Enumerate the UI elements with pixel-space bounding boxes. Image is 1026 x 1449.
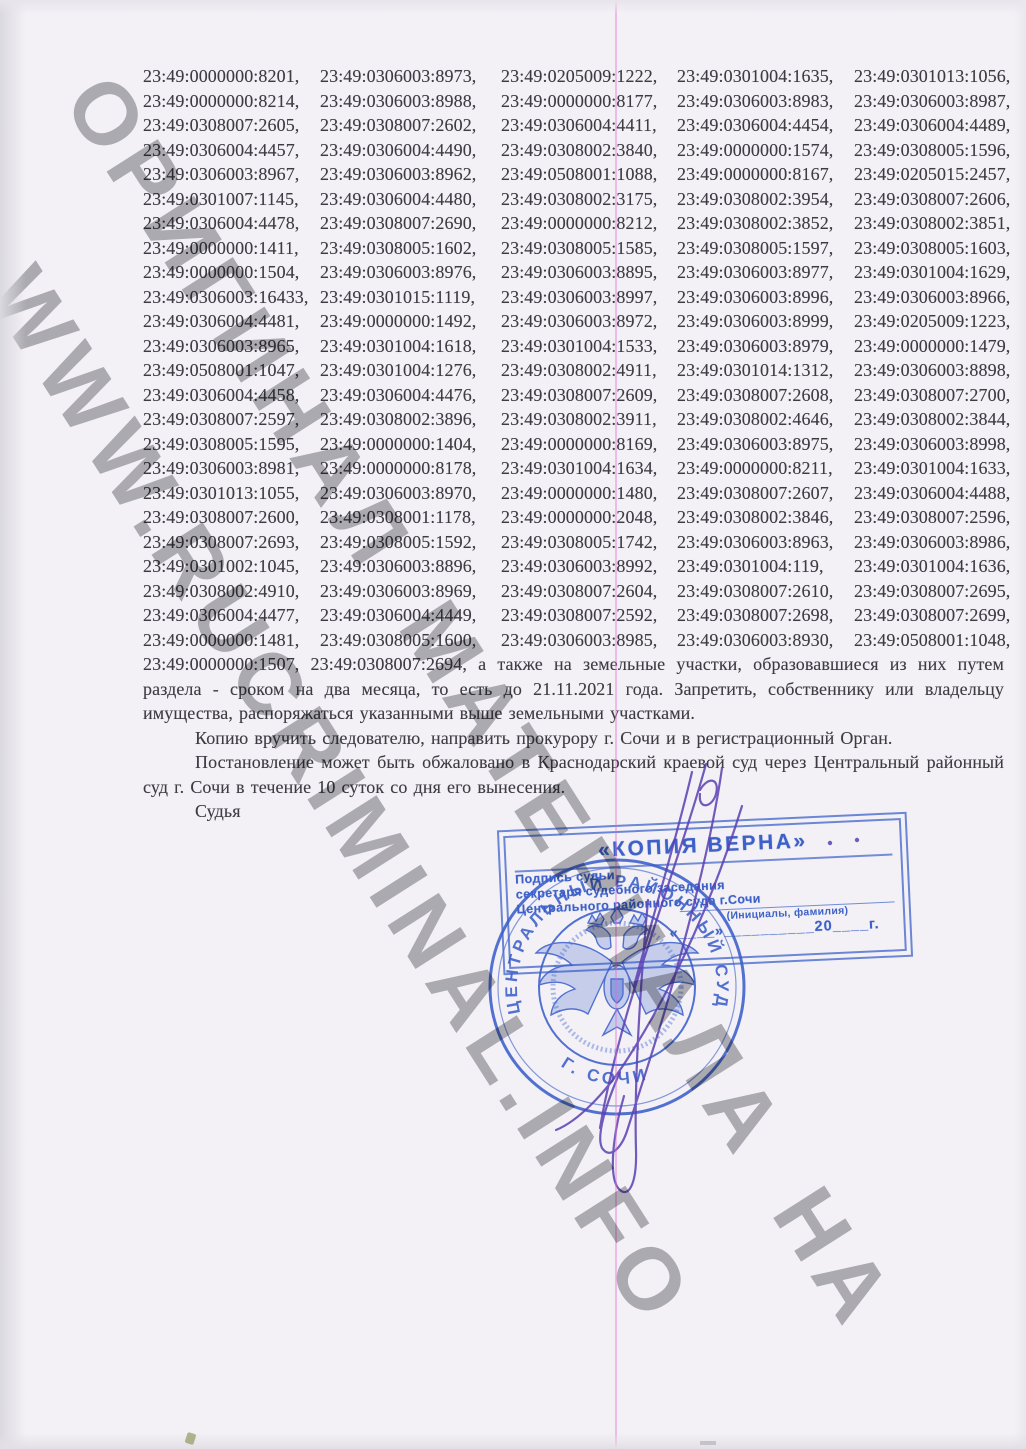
cadastral-number: 23:49:0508001:1047, — [143, 358, 320, 383]
stamp-inner-frame: «КОПИЯ ВЕРНА» Подпись судьи секретаря су… — [503, 818, 907, 969]
cadastral-number: 23:49:0306003:8987, — [854, 89, 1010, 114]
cadastral-number: 23:49:0306003:8983, — [677, 89, 854, 114]
cadastral-number: 23:49:0301013:1056, — [854, 64, 1010, 89]
cadastral-number: 23:49:0308007:2604, — [501, 579, 677, 604]
cadastral-number: 23:49:0508001:1048, — [854, 628, 1010, 653]
cadastral-number: 23:49:0306003:8962, — [320, 162, 501, 187]
cadastral-row: 23:49:0306004:4458,23:49:0306004:4476,23… — [143, 383, 1004, 408]
cadastral-row: 23:49:0306004:4457,23:49:0306004:4490,23… — [143, 138, 1004, 163]
stamp-date-year: 20 — [814, 918, 833, 935]
cadastral-number: 23:49:0000000:1492, — [320, 309, 501, 334]
cadastral-number: 23:49:0301004:1635, — [677, 64, 854, 89]
cadastral-row: 23:49:0000000:1481,23:49:0308005:1600,23… — [143, 628, 1004, 653]
cadastral-number: 23:49:0000000:8167, — [677, 162, 854, 187]
scan-edge-bottom — [0, 1433, 1026, 1449]
scanned-court-document-page: 23:49:0000000:8201,23:49:0306003:8973,23… — [0, 0, 1026, 1449]
stamp-date-tail: ____ — [832, 917, 869, 935]
cadastral-number: 23:49:0000000:2048, — [501, 505, 677, 530]
cadastral-number: 23:49:0306004:4477, — [143, 603, 320, 628]
cadastral-row: 23:49:0306004:4478,23:49:0308007:2690,23… — [143, 211, 1004, 236]
cadastral-number: 23:49:0308002:4910, — [143, 579, 320, 604]
cadastral-number: 23:49:0000000:1480, — [501, 481, 677, 506]
cadastral-number: 23:49:0306003:8898, — [854, 358, 1010, 383]
cadastral-number: 23:49:0308002:3954, — [677, 187, 854, 212]
cadastral-number: 23:49:0306003:8992, — [501, 554, 677, 579]
cadastral-number: 23:49:0308007:2698, — [677, 603, 854, 628]
cadastral-number: 23:49:0306003:8896, — [320, 554, 501, 579]
document-body: 23:49:0000000:8201,23:49:0306003:8973,23… — [143, 64, 1004, 824]
cadastral-row: 23:49:0000000:8214,23:49:0306003:8988,23… — [143, 89, 1004, 114]
cadastral-number: 23:49:0306004:4488, — [854, 481, 1010, 506]
cadastral-number: 23:49:0000000:8178, — [320, 456, 501, 481]
cadastral-number: 23:49:0308007:2606, — [854, 187, 1010, 212]
cadastral-number: 23:49:0306003:8981, — [143, 456, 320, 481]
cadastral-number: 23:49:0306004:4476, — [320, 383, 501, 408]
svg-text:Г. СОЧИ: Г. СОЧИ — [558, 1053, 651, 1088]
cadastral-number: 23:49:0308007:2610, — [677, 579, 854, 604]
cadastral-number: 23:49:0308007:2596, — [854, 505, 1010, 530]
cadastral-number: 23:49:0306004:4457, — [143, 138, 320, 163]
cadastral-row: 23:49:0308007:2600,23:49:0308001:1178,23… — [143, 505, 1004, 530]
stamp-date-suffix: г. — [869, 916, 880, 932]
cadastral-number: 23:49:0301004:1633, — [854, 456, 1010, 481]
cadastral-number: 23:49:0000000:1404, — [320, 432, 501, 457]
cadastral-number: 23:49:0308002:3175, — [501, 187, 677, 212]
cadastral-number: 23:49:0000000:1504, — [143, 260, 320, 285]
cadastral-row: 23:49:0000000:8201,23:49:0306003:8973,23… — [143, 64, 1004, 89]
cadastral-number: 23:49:0306003:8966, — [854, 285, 1010, 310]
cadastral-number: 23:49:0306003:8975, — [677, 432, 854, 457]
scan-edge-left — [0, 0, 26, 1449]
scan-debris-mark — [700, 1441, 716, 1445]
cadastral-row: 23:49:0000000:1504,23:49:0306003:8976,23… — [143, 260, 1004, 285]
cadastral-row: 23:49:0306004:4477,23:49:0306004:4449,23… — [143, 603, 1004, 628]
cadastral-row: 23:49:0306003:8965,23:49:0301004:1618,23… — [143, 334, 1004, 359]
cadastral-row: 23:49:0308002:4910,23:49:0306003:8969,23… — [143, 579, 1004, 604]
cadastral-number: 23:49:0306003:8996, — [677, 285, 854, 310]
cadastral-number: 23:49:0306003:8998, — [854, 432, 1010, 457]
cadastral-row: 23:49:0308007:2597,23:49:0308002:3896,23… — [143, 407, 1004, 432]
cadastral-number: 23:49:0308002:4911, — [501, 358, 677, 383]
cadastral-number: 23:49:0000000:1481, — [143, 628, 320, 653]
cadastral-number: 23:49:0308007:2605, — [143, 113, 320, 138]
cadastral-row: 23:49:0301002:1045,23:49:0306003:8896,23… — [143, 554, 1004, 579]
cadastral-number: 23:49:0308002:3840, — [501, 138, 677, 163]
cadastral-number: 23:49:0306003:8997, — [501, 285, 677, 310]
cadastral-grid: 23:49:0000000:8201,23:49:0306003:8973,23… — [143, 64, 1004, 652]
cadastral-number: 23:49:0308005:1592, — [320, 530, 501, 555]
cadastral-number: 23:49:0308007:2608, — [677, 383, 854, 408]
cadastral-row: 23:49:0301013:1055,23:49:0306003:8970,23… — [143, 481, 1004, 506]
cadastral-number: 23:49:0306003:8895, — [501, 260, 677, 285]
cadastral-number: 23:49:0308007:2607, — [677, 481, 854, 506]
cadastral-number: 23:49:0306003:8965, — [143, 334, 320, 359]
cadastral-number: 23:49:0308007:2695, — [854, 579, 1010, 604]
cadastral-row: 23:49:0301007:1145,23:49:0306004:4480,23… — [143, 187, 1004, 212]
cadastral-number: 23:49:0000000:8169, — [501, 432, 677, 457]
cadastral-number: 23:49:0308002:3852, — [677, 211, 854, 236]
cadastral-number: 23:49:0000000:1479, — [854, 334, 1010, 359]
cadastral-number: 23:49:0308007:2699, — [854, 603, 1010, 628]
cadastral-number: 23:49:0308002:3844, — [854, 407, 1010, 432]
cadastral-number: 23:49:0306004:4458, — [143, 383, 320, 408]
cadastral-number: 23:49:0306003:8985, — [501, 628, 677, 653]
cadastral-number: 23:49:0306004:4489, — [854, 113, 1010, 138]
cadastral-number: 23:49:0205009:1222, — [501, 64, 677, 89]
cadastral-number: 23:49:0301004:1634, — [501, 456, 677, 481]
cadastral-number: 23:49:0301004:119, — [677, 554, 854, 579]
cadastral-number: 23:49:0308005:1596, — [854, 138, 1010, 163]
cadastral-number: 23:49:0308007:2690, — [320, 211, 501, 236]
cadastral-number: 23:49:0306003:8977, — [677, 260, 854, 285]
cadastral-number: 23:49:0306003:8969, — [320, 579, 501, 604]
paragraph-restriction: 23:49:0000000:1507, 23:49:0308007:2694, … — [143, 652, 1004, 726]
cadastral-number: 23:49:0308007:2700, — [854, 383, 1010, 408]
seal-ring-text-bottom: Г. СОЧИ — [558, 1053, 651, 1088]
cadastral-number: 23:49:0306004:4481, — [143, 309, 320, 334]
cadastral-number: 23:49:0000000:8201, — [143, 64, 320, 89]
cadastral-number: 23:49:0306003:8979, — [677, 334, 854, 359]
cadastral-number: 23:49:0508001:1088, — [501, 162, 677, 187]
cadastral-number: 23:49:0308007:2592, — [501, 603, 677, 628]
cadastral-number: 23:49:0308002:3896, — [320, 407, 501, 432]
cadastral-row: 23:49:0306003:8967,23:49:0306003:8962,23… — [143, 162, 1004, 187]
scan-edge-right — [1014, 0, 1026, 1449]
cadastral-row: 23:49:0306004:4481,23:49:0000000:1492,23… — [143, 309, 1004, 334]
cadastral-number: 23:49:0306003:8967, — [143, 162, 320, 187]
cadastral-number: 23:49:0000000:8212, — [501, 211, 677, 236]
cadastral-number: 23:49:0308002:3851, — [854, 211, 1010, 236]
cadastral-number: 23:49:0308001:1178, — [320, 505, 501, 530]
cadastral-row: 23:49:0508001:1047,23:49:0301004:1276,23… — [143, 358, 1004, 383]
cadastral-number: 23:49:0301013:1055, — [143, 481, 320, 506]
cadastral-number: 23:49:0306004:4454, — [677, 113, 854, 138]
cadastral-number: 23:49:0205009:1223, — [854, 309, 1010, 334]
cadastral-number: 23:49:0000000:8177, — [501, 89, 677, 114]
cadastral-number: 23:49:0308005:1597, — [677, 236, 854, 261]
cadastral-number: 23:49:0306004:4478, — [143, 211, 320, 236]
cadastral-number: 23:49:0308007:2600, — [143, 505, 320, 530]
cadastral-number: 23:49:0308007:2693, — [143, 530, 320, 555]
cadastral-number: 23:49:0308005:1600, — [320, 628, 501, 653]
cadastral-row: 23:49:0306003:8981,23:49:0000000:8178,23… — [143, 456, 1004, 481]
cadastral-number: 23:49:0301004:1618, — [320, 334, 501, 359]
cadastral-row: 23:49:0306003:16433,23:49:0301015:1119,2… — [143, 285, 1004, 310]
cadastral-number: 23:49:0308005:1742, — [501, 530, 677, 555]
cadastral-number: 23:49:0205015:2457, — [854, 162, 1010, 187]
cadastral-number: 23:49:0301004:1629, — [854, 260, 1010, 285]
cadastral-number: 23:49:0306003:8970, — [320, 481, 501, 506]
cadastral-number: 23:49:0000000:8214, — [143, 89, 320, 114]
cadastral-number: 23:49:0301002:1045, — [143, 554, 320, 579]
cadastral-row: 23:49:0308007:2693,23:49:0308005:1592,23… — [143, 530, 1004, 555]
cadastral-number: 23:49:0308005:1585, — [501, 236, 677, 261]
cadastral-number: 23:49:0308007:2609, — [501, 383, 677, 408]
cadastral-number: 23:49:0308005:1595, — [143, 432, 320, 457]
cadastral-row: 23:49:0308005:1595,23:49:0000000:1404,23… — [143, 432, 1004, 457]
cadastral-number: 23:49:0000000:1411, — [143, 236, 320, 261]
cadastral-number: 23:49:0308002:3846, — [677, 505, 854, 530]
cadastral-number: 23:49:0306003:8963, — [677, 530, 854, 555]
cadastral-row: 23:49:0308007:2605,23:49:0308007:2602,23… — [143, 113, 1004, 138]
paragraph-appeal: Постановление может быть обжаловано в Кр… — [143, 750, 1004, 799]
cadastral-number: 23:49:0000000:1574, — [677, 138, 854, 163]
cadastral-number: 23:49:0306004:4480, — [320, 187, 501, 212]
cadastral-number: 23:49:0308005:1602, — [320, 236, 501, 261]
cadastral-number: 23:49:0306004:4490, — [320, 138, 501, 163]
cadastral-number: 23:49:0308007:2597, — [143, 407, 320, 432]
scan-debris-mark — [185, 1432, 197, 1445]
cadastral-number: 23:49:0301015:1119, — [320, 285, 501, 310]
scan-fold-line — [615, 0, 617, 1449]
cadastral-number: 23:49:0301004:1636, — [854, 554, 1010, 579]
cadastral-number: 23:49:0301004:1276, — [320, 358, 501, 383]
copy-certification-stamp: «КОПИЯ ВЕРНА» Подпись судьи секретаря су… — [497, 812, 913, 975]
scan-edge-top — [0, 0, 1026, 14]
cadastral-number: 23:49:0306003:8976, — [320, 260, 501, 285]
cadastral-number: 23:49:0306004:4411, — [501, 113, 677, 138]
cadastral-number: 23:49:0308002:3911, — [501, 407, 677, 432]
cadastral-number: 23:49:0000000:8211, — [677, 456, 854, 481]
cadastral-number: 23:49:0306003:8988, — [320, 89, 501, 114]
cadastral-number: 23:49:0308007:2602, — [320, 113, 501, 138]
cadastral-number: 23:49:0308002:4646, — [677, 407, 854, 432]
cadastral-number: 23:49:0301007:1145, — [143, 187, 320, 212]
cadastral-number: 23:49:0301014:1312, — [677, 358, 854, 383]
cadastral-row: 23:49:0000000:1411,23:49:0308005:1602,23… — [143, 236, 1004, 261]
cadastral-number: 23:49:0306003:8986, — [854, 530, 1010, 555]
cadastral-number: 23:49:0301004:1533, — [501, 334, 677, 359]
cadastral-number: 23:49:0306003:16433, — [143, 285, 320, 310]
cadastral-number: 23:49:0306003:8930, — [677, 628, 854, 653]
cadastral-number: 23:49:0308005:1603, — [854, 236, 1010, 261]
cadastral-number: 23:49:0306004:4449, — [320, 603, 501, 628]
cadastral-number: 23:49:0306003:8999, — [677, 309, 854, 334]
cadastral-number: 23:49:0306003:8973, — [320, 64, 501, 89]
cadastral-number: 23:49:0306003:8972, — [501, 309, 677, 334]
paragraph-copy-order: Копию вручить следователю, направить про… — [143, 726, 1004, 751]
